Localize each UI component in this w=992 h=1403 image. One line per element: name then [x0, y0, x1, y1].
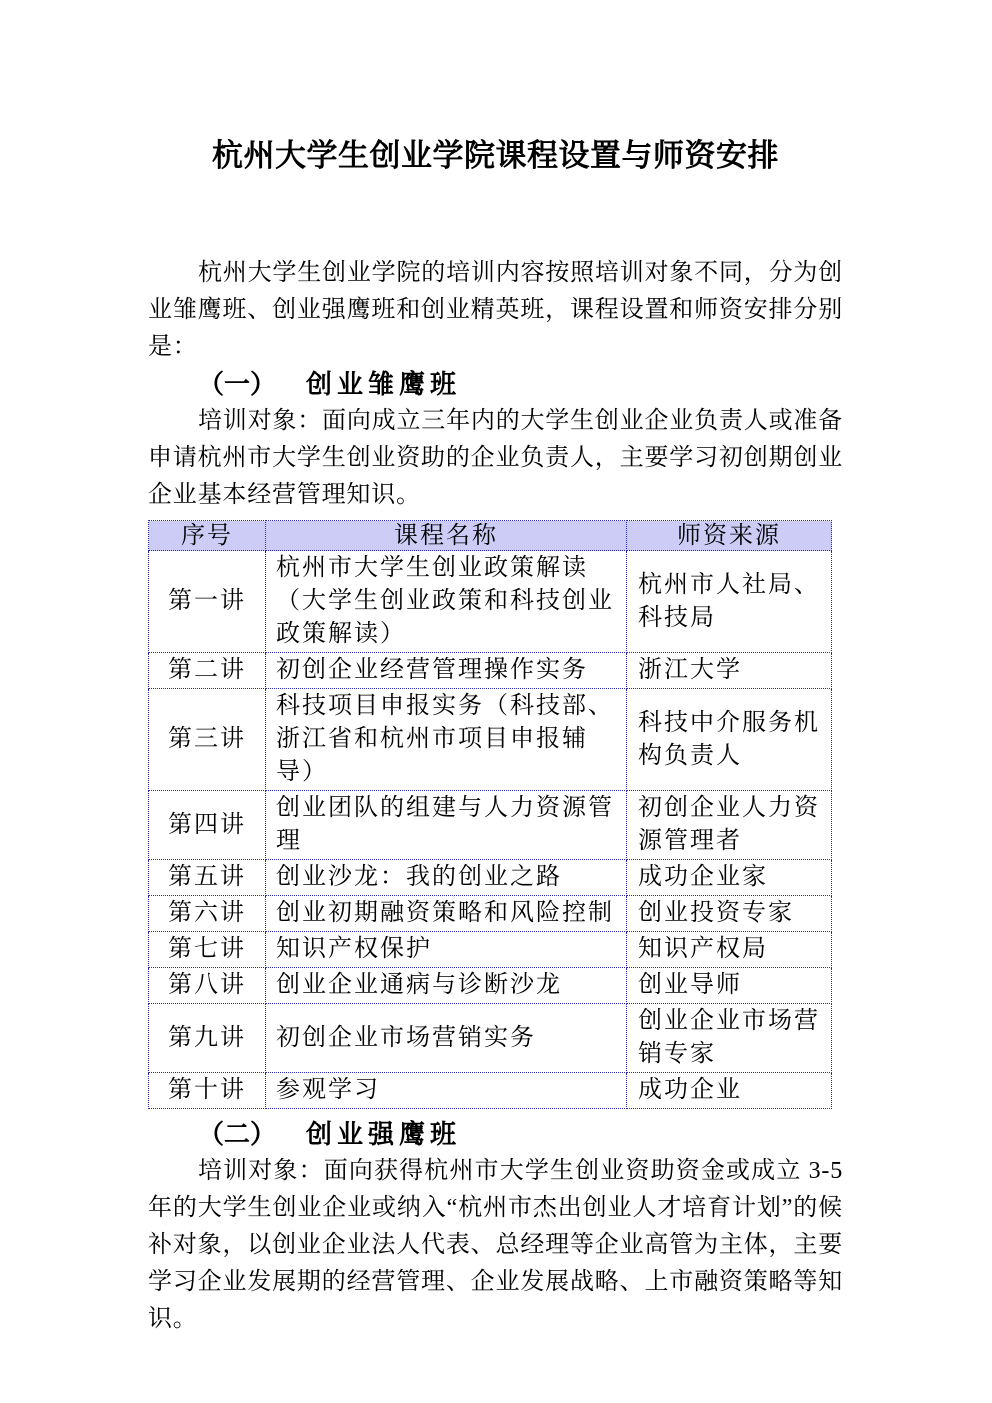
section-1-title: 创业雏鹰班: [306, 370, 461, 399]
cell-lecture-number: 第七讲: [149, 932, 266, 968]
table-row: 第五讲 创业沙龙：我的创业之路 成功企业家: [149, 860, 832, 896]
cell-course-name: 创业企业通病与诊断沙龙: [266, 968, 627, 1004]
cell-teacher-source: 成功企业家: [627, 860, 832, 896]
cell-course-name: 参观学习: [266, 1073, 627, 1109]
cell-lecture-number: 第四讲: [149, 791, 266, 860]
section-2-body: 培训对象：面向获得杭州市大学生创业资助资金或成立 3-5 年的大学生创业企业或纳…: [148, 1153, 843, 1338]
cell-lecture-number: 第一讲: [149, 551, 266, 653]
section-2-number: （二）: [198, 1120, 276, 1149]
cell-teacher-source: 初创企业人力资源管理者: [627, 791, 832, 860]
cell-lecture-number: 第九讲: [149, 1004, 266, 1073]
table-row: 第四讲 创业团队的组建与人力资源管理 初创企业人力资源管理者: [149, 791, 832, 860]
table-row: 第二讲 初创企业经营管理操作实务 浙江大学: [149, 653, 832, 689]
cell-lecture-number: 第五讲: [149, 860, 266, 896]
table-row: 第一讲 杭州市大学生创业政策解读 （大学生创业政策和科技创业政策解读） 杭州市人…: [149, 551, 832, 653]
section-1-number: （一）: [198, 370, 276, 399]
section-1-body: 培训对象：面向成立三年内的大学生创业企业负责人或准备申请杭州市大学生创业资助的企…: [148, 403, 843, 514]
cell-lecture-number: 第十讲: [149, 1073, 266, 1109]
header-teacher-source: 师资来源: [627, 521, 832, 551]
document-page: 杭州大学生创业学院课程设置与师资安排 杭州大学生创业学院的培训内容按照培训对象不…: [0, 0, 992, 1403]
cell-teacher-source: 创业企业市场营销专家: [627, 1004, 832, 1073]
document-title: 杭州大学生创业学院课程设置与师资安排: [148, 138, 843, 174]
cell-course-name: 知识产权保护: [266, 932, 627, 968]
section-1-heading: （一）创业雏鹰班: [148, 367, 843, 403]
cell-lecture-number: 第八讲: [149, 968, 266, 1004]
table-row: 第八讲 创业企业通病与诊断沙龙 创业导师: [149, 968, 832, 1004]
table-row: 第九讲 初创企业市场营销实务 创业企业市场营销专家: [149, 1004, 832, 1073]
course-table: 序号 课程名称 师资来源 第一讲 杭州市大学生创业政策解读 （大学生创业政策和科…: [148, 520, 832, 1109]
section-2-heading: （二）创业强鹰班: [148, 1117, 843, 1153]
cell-course-name: 杭州市大学生创业政策解读 （大学生创业政策和科技创业政策解读）: [266, 551, 627, 653]
cell-teacher-source: 知识产权局: [627, 932, 832, 968]
cell-course-name: 创业团队的组建与人力资源管理: [266, 791, 627, 860]
cell-teacher-source: 科技中介服务机构负责人: [627, 689, 832, 791]
document-content: 杭州大学生创业学院课程设置与师资安排 杭州大学生创业学院的培训内容按照培训对象不…: [0, 138, 992, 1338]
header-index: 序号: [149, 521, 266, 551]
cell-teacher-source: 杭州市人社局、科技局: [627, 551, 832, 653]
cell-course-name: 科技项目申报实务（科技部、浙江省和杭州市项目申报辅导）: [266, 689, 627, 791]
table-row: 第十讲 参观学习 成功企业: [149, 1073, 832, 1109]
cell-lecture-number: 第三讲: [149, 689, 266, 791]
cell-teacher-source: 创业导师: [627, 968, 832, 1004]
header-course-name: 课程名称: [266, 521, 627, 551]
cell-teacher-source: 浙江大学: [627, 653, 832, 689]
cell-lecture-number: 第六讲: [149, 896, 266, 932]
cell-teacher-source: 创业投资专家: [627, 896, 832, 932]
table-row: 第六讲 创业初期融资策略和风险控制 创业投资专家: [149, 896, 832, 932]
cell-course-name: 初创企业市场营销实务: [266, 1004, 627, 1073]
cell-lecture-number: 第二讲: [149, 653, 266, 689]
table-row: 第三讲 科技项目申报实务（科技部、浙江省和杭州市项目申报辅导） 科技中介服务机构…: [149, 689, 832, 791]
cell-teacher-source: 成功企业: [627, 1073, 832, 1109]
table-header-row: 序号 课程名称 师资来源: [149, 521, 832, 551]
section-2-title: 创业强鹰班: [306, 1120, 461, 1149]
cell-course-name: 创业沙龙：我的创业之路: [266, 860, 627, 896]
table-row: 第七讲 知识产权保护 知识产权局: [149, 932, 832, 968]
intro-paragraph: 杭州大学生创业学院的培训内容按照培训对象不同，分为创业雏鹰班、创业强鹰班和创业精…: [148, 255, 843, 366]
cell-course-name: 初创企业经营管理操作实务: [266, 653, 627, 689]
cell-course-name: 创业初期融资策略和风险控制: [266, 896, 627, 932]
